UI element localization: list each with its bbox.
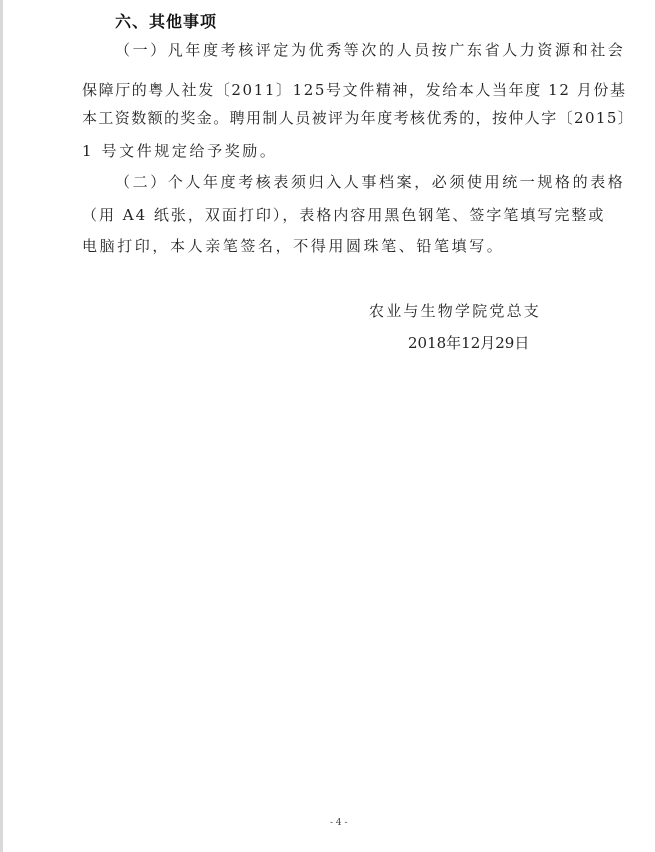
document-page: 六、其他事项 （一）凡年度考核评定为优秀等次的人员按广东省人力资源和社会 保障厅…: [0, 0, 655, 852]
paragraph-1-line-4: 1 号文件规定给予奖励。: [82, 141, 278, 161]
paragraph-1-line-2: 保障厅的粤人社发〔2011〕125号文件精神，发给本人当年度 12 月份基: [82, 80, 627, 100]
paragraph-1-line-1: （一）凡年度考核评定为优秀等次的人员按广东省人力资源和社会: [115, 40, 625, 60]
signature-date: 2018年12月29日: [408, 332, 529, 353]
paragraph-1-line-3: 本工资数额的奖金。聘用制人员被评为年度考核优秀的，按仲人字〔2015〕: [82, 108, 634, 128]
paragraph-2-line-2: （用 A4 纸张，双面打印），表格内容用黑色钢笔、签字笔填写完整或: [82, 205, 605, 225]
section-heading: 六、其他事项: [115, 9, 217, 32]
paragraph-2-line-3: 电脑打印，本人亲笔签名，不得用圆珠笔、铅笔填写。: [82, 236, 504, 256]
page-number: - 4 -: [330, 818, 348, 828]
signature-organization: 农业与生物学院党总支: [369, 300, 541, 321]
paragraph-2-line-1: （二）个人年度考核表须归入人事档案，必须使用统一规格的表格: [115, 172, 625, 192]
